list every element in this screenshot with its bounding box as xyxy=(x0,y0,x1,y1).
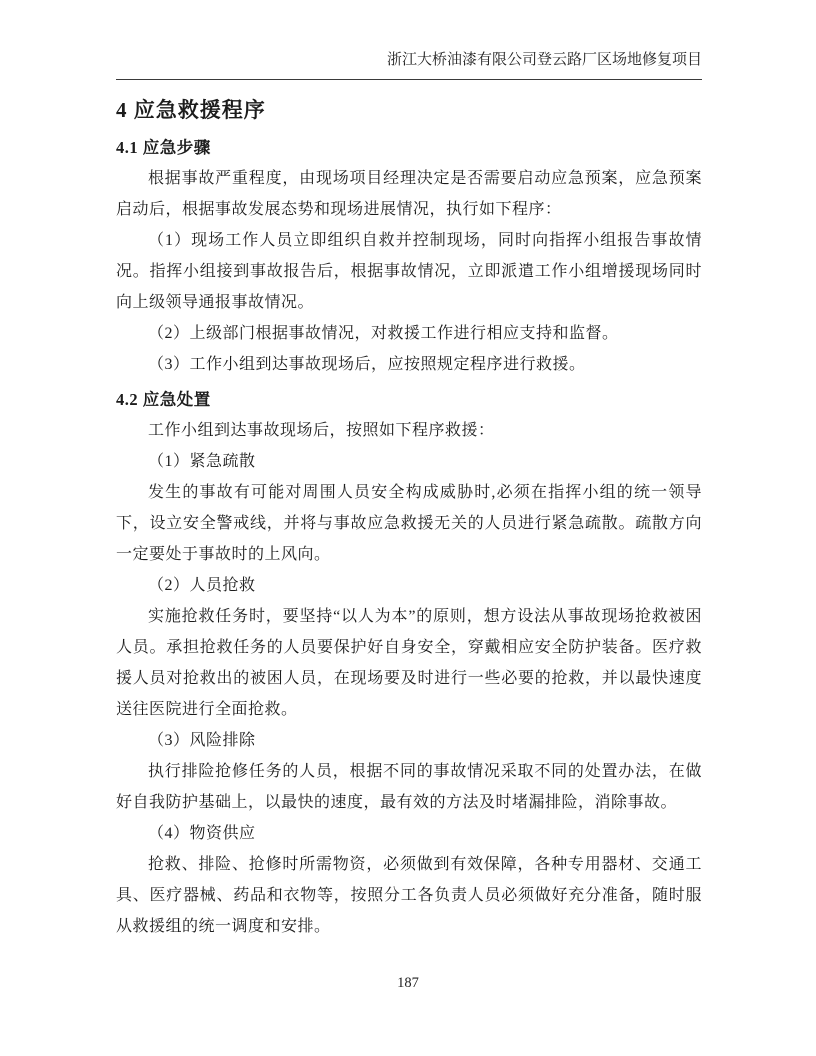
paragraph: 工作小组到达事故现场后，按照如下程序救援： xyxy=(116,415,702,446)
paragraph: （4）物资供应 xyxy=(116,818,702,849)
page-header: 浙江大桥油漆有限公司登云路厂区场地修复项目 xyxy=(116,50,702,80)
page-header-text: 浙江大桥油漆有限公司登云路厂区场地修复项目 xyxy=(387,52,702,68)
paragraph: 根据事故严重程度，由现场项目经理决定是否需要启动应急预案，应急预案启动后，根据事… xyxy=(116,163,702,225)
chapter-heading: 4 应急救援程序 xyxy=(116,92,702,128)
paragraph: （1）紧急疏散 xyxy=(116,446,702,477)
paragraph: 发生的事故有可能对周围人员安全构成威胁时,必须在指挥小组的统一领导下，设立安全警… xyxy=(116,477,702,570)
paragraph: 执行排险抢修任务的人员，根据不同的事故情况采取不同的处置办法，在做好自我防护基础… xyxy=(116,756,702,818)
paragraph: （2）人员抢救 xyxy=(116,570,702,601)
paragraph: 实施抢救任务时，要坚持“以人为本”的原则，想方设法从事故现场抢救被困人员。承担抢… xyxy=(116,601,702,725)
section-heading-4-2: 4.2 应急处置 xyxy=(116,384,702,415)
document-page: 浙江大桥油漆有限公司登云路厂区场地修复项目 4 应急救援程序 4.1 应急步骤 … xyxy=(0,0,816,1056)
section-heading-4-1: 4.1 应急步骤 xyxy=(116,132,702,163)
paragraph: （3）工作小组到达事故现场后，应按照规定程序进行救援。 xyxy=(116,349,702,380)
paragraph: 抢救、排险、抢修时所需物资，必须做到有效保障，各种专用器材、交通工具、医疗器械、… xyxy=(116,849,702,942)
paragraph: （2）上级部门根据事故情况，对救援工作进行相应支持和监督。 xyxy=(116,318,702,349)
paragraph: （3）风险排除 xyxy=(116,725,702,756)
page-number: 187 xyxy=(0,975,816,992)
paragraph: （1）现场工作人员立即组织自救并控制现场，同时向指挥小组报告事故情况。指挥小组接… xyxy=(116,225,702,318)
